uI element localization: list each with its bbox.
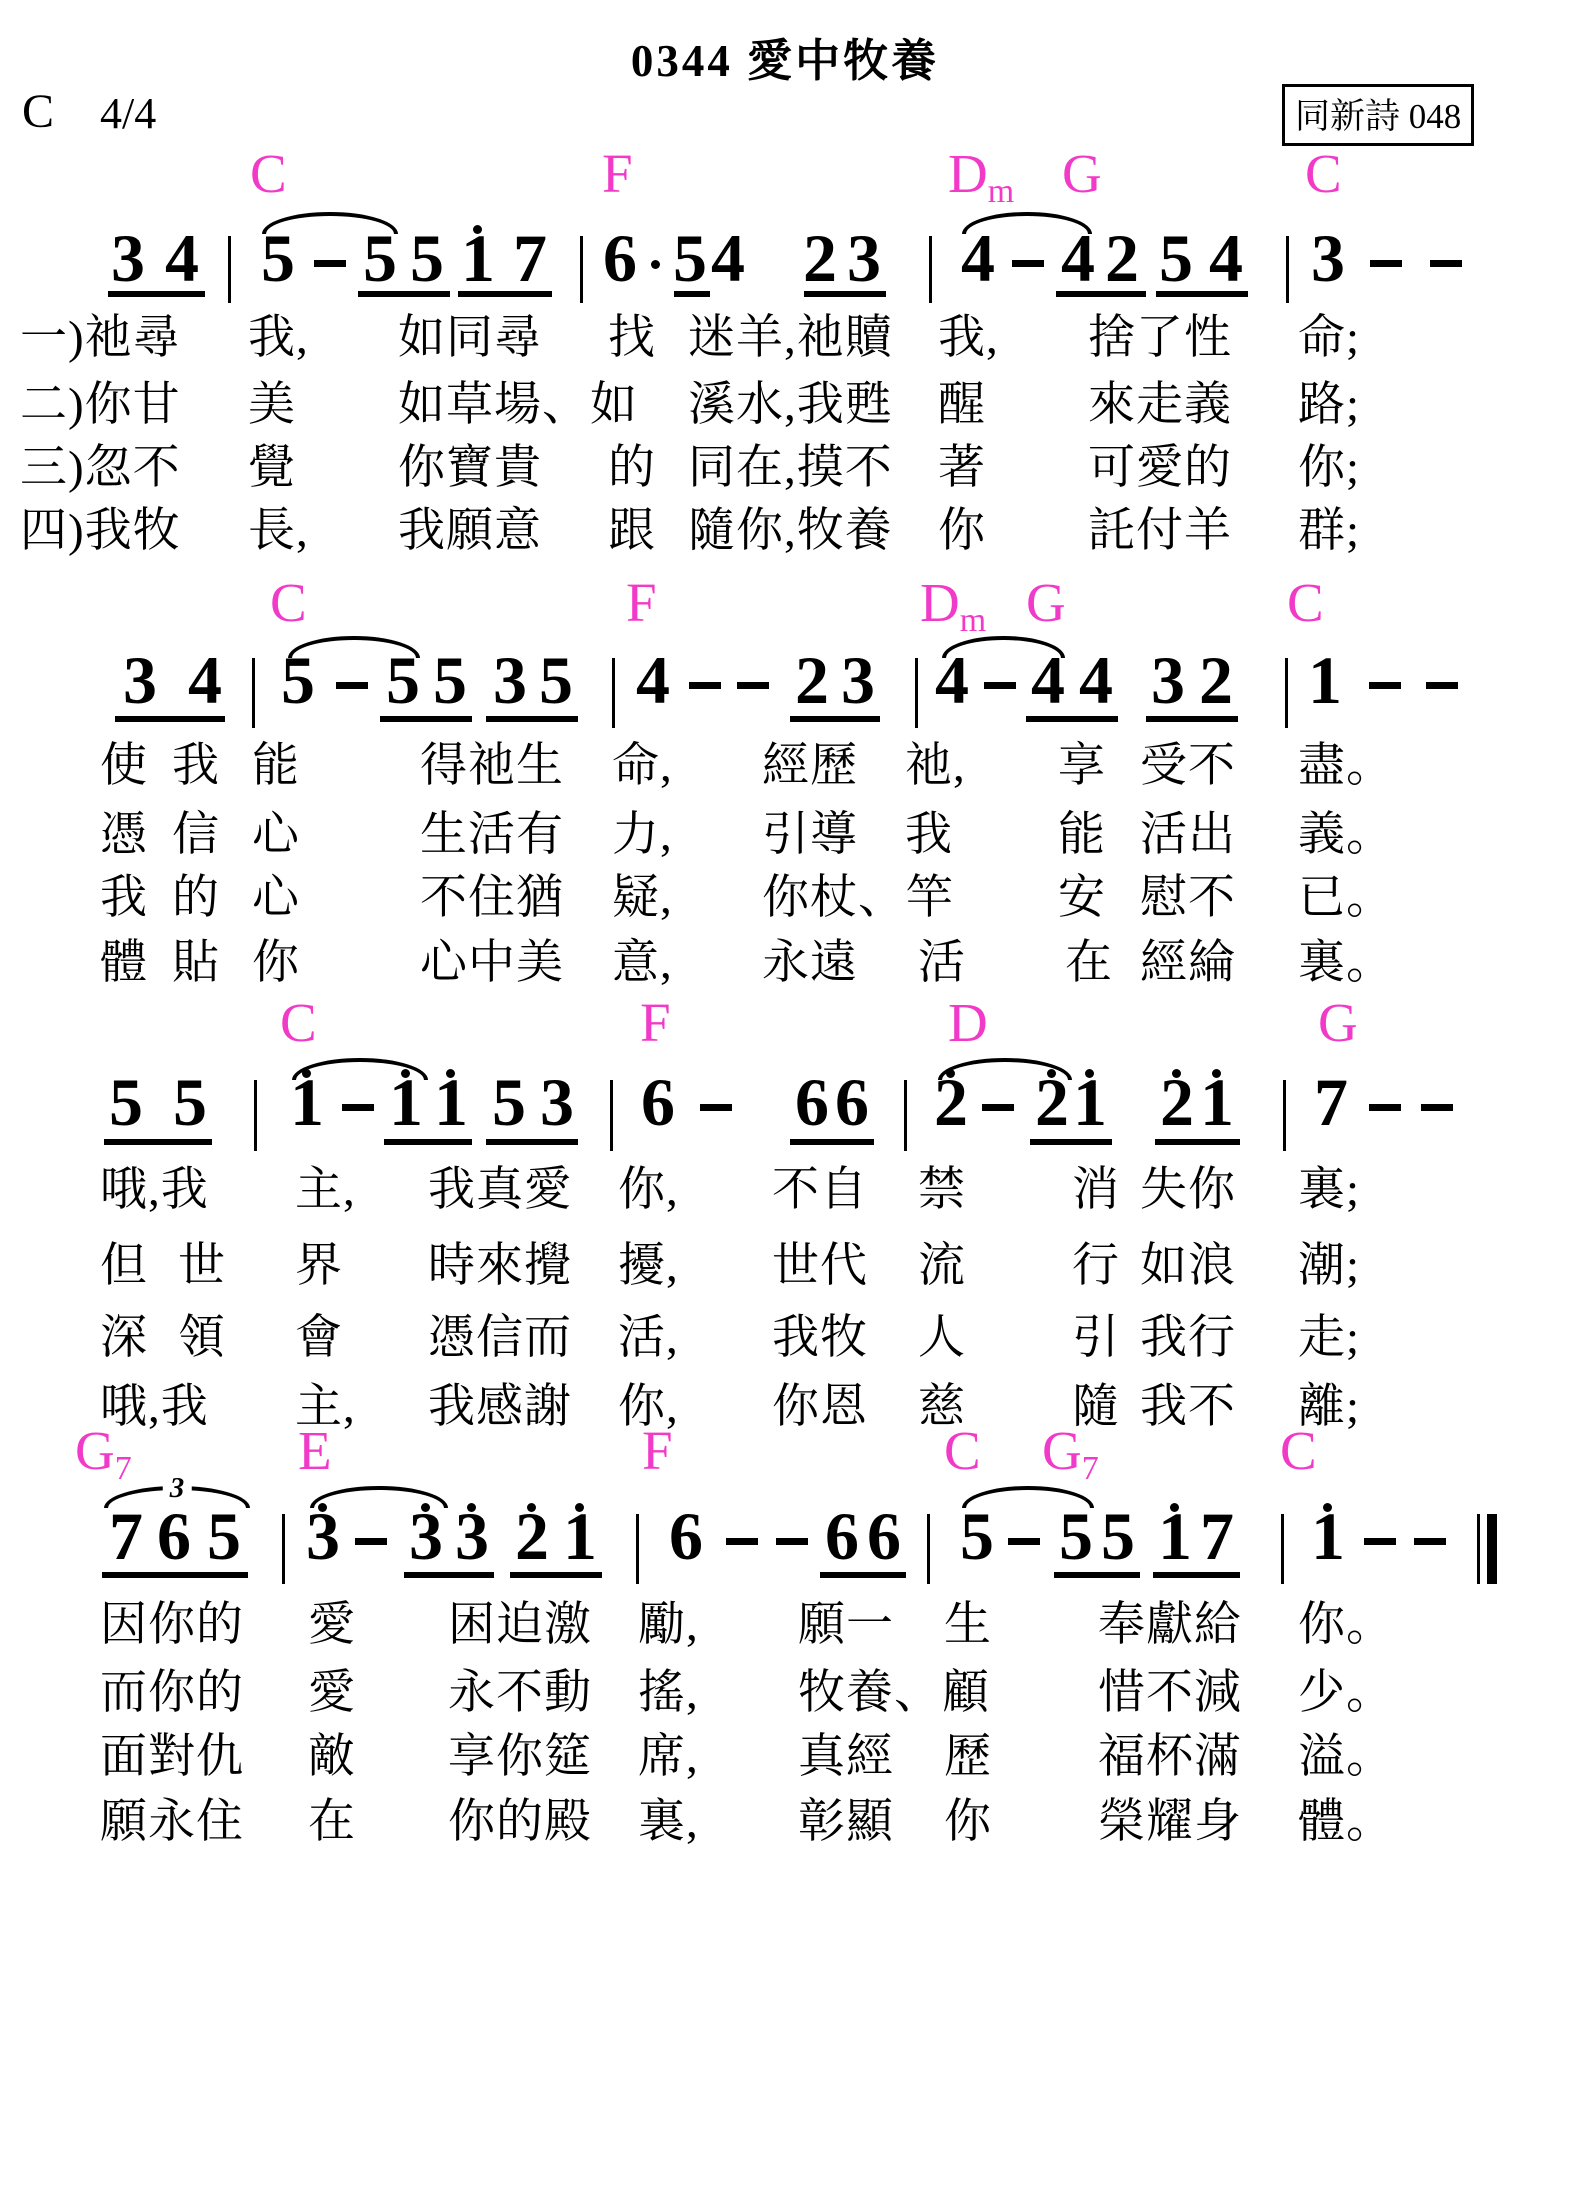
chord-root: C <box>1305 143 1342 204</box>
chord-root: F <box>640 992 671 1053</box>
lyric-segment: 我願意 <box>398 506 542 558</box>
lyric-segment: 惜不減 <box>1098 1668 1242 1720</box>
lyric-segment: 禁 <box>918 1165 966 1217</box>
sheet-page: 0344 愛中牧養 C 4/4 同新詩 048 CFDmGC3455517654… <box>0 0 1570 2200</box>
lyric-segment: 愛 <box>308 1668 356 1720</box>
note-digit: 1 <box>1073 1068 1107 1136</box>
lyric-segment: 活 <box>918 938 966 990</box>
final-barline-thick <box>1487 1514 1497 1584</box>
lyric-segment: 真經 <box>798 1732 894 1784</box>
lyric-segment: 能 <box>1058 810 1106 862</box>
eighth-beam <box>115 716 225 722</box>
lyric-segment: 能 <box>252 741 300 793</box>
octave-dot <box>1212 1069 1221 1078</box>
octave-dot <box>446 1069 455 1078</box>
note-digit: 2 <box>1199 646 1233 714</box>
lyric-segment: 席, <box>638 1732 699 1784</box>
chord-quality: m <box>960 602 986 639</box>
lyric-segment: 溪水,我甦 <box>688 380 893 432</box>
lyric-segment: 牧養、顧 <box>798 1668 990 1720</box>
lyric-segment: 勵, <box>638 1600 699 1652</box>
lyric-segment: 生活有 <box>420 810 564 862</box>
barline <box>929 236 932 303</box>
note-digit: 3 <box>123 646 157 714</box>
lyric-segment: 你 <box>944 1797 992 1849</box>
note-digit: 6 <box>867 1502 901 1570</box>
lyric-segment: 信 <box>172 810 220 862</box>
lyric-segment: 我感謝 <box>428 1382 572 1434</box>
lyric-segment: 失你 <box>1140 1165 1236 1217</box>
chord-label: E <box>298 1423 332 1478</box>
duration-dash <box>776 1538 808 1545</box>
chord-quality: 7 <box>115 1450 132 1487</box>
lyric-segment: 我 <box>100 873 148 925</box>
lyric-segment: 祂, <box>905 741 966 793</box>
barline <box>252 658 255 728</box>
lyric-segment: 世 <box>178 1241 226 1293</box>
barline <box>228 236 231 303</box>
eighth-beam <box>1030 1139 1112 1145</box>
note-digit: 1 <box>434 1068 468 1136</box>
note-digit: 3 <box>847 224 881 292</box>
lyric-segment: 貼 <box>172 938 220 990</box>
lyric-segment: 同在,摸不 <box>688 443 893 495</box>
lyric-segment: 找 <box>608 313 656 365</box>
duration-dash <box>737 682 769 689</box>
chord-label: C <box>1305 146 1342 201</box>
chord-label: C <box>270 575 307 630</box>
lyric-segment: 四)我牧 <box>20 506 181 558</box>
chord-root: F <box>626 572 657 633</box>
chord-label: G <box>1062 146 1102 201</box>
lyric-segment: 盡。 <box>1298 741 1394 793</box>
chord-root: G <box>1026 572 1066 633</box>
chord-root: C <box>270 572 307 633</box>
final-barline-thin <box>1477 1514 1480 1584</box>
note-digit: 3 <box>409 1502 443 1570</box>
lyric-segment: 哦,我 <box>100 1165 209 1217</box>
duration-dash <box>1012 260 1044 267</box>
lyric-segment: 心 <box>252 873 300 925</box>
chord-label: F <box>640 995 671 1050</box>
octave-dot <box>473 225 482 234</box>
lyric-segment: 溢。 <box>1298 1732 1394 1784</box>
eighth-beam <box>384 1139 472 1145</box>
duration-dash <box>1369 682 1401 689</box>
chord-root: G <box>1062 143 1102 204</box>
eighth-beam <box>486 1139 578 1145</box>
lyric-segment: 我, <box>938 313 999 365</box>
lyric-segment: 醒 <box>938 380 986 432</box>
duration-dash <box>342 1104 374 1111</box>
barline <box>612 658 615 728</box>
lyric-segment: 我 <box>172 741 220 793</box>
lyric-segment: 我 <box>905 810 953 862</box>
duration-dash <box>1421 1104 1453 1111</box>
note-digit: 5 <box>363 224 397 292</box>
chord-label: G7 <box>1042 1423 1099 1486</box>
lyric-segment: 不住猶 <box>420 873 564 925</box>
lyric-segment: 你杖、竿 <box>762 873 954 925</box>
eighth-beam <box>790 1139 874 1145</box>
chord-label: C <box>250 146 287 201</box>
lyric-segment: 永不動 <box>448 1668 592 1720</box>
barline <box>1281 1514 1284 1584</box>
lyric-segment: 而你的 <box>100 1668 244 1720</box>
lyric-segment: 的 <box>608 443 656 495</box>
lyric-segment: 跟 <box>608 506 656 558</box>
lyric-segment: 永遠 <box>762 938 858 990</box>
lyric-segment: 歷 <box>944 1732 992 1784</box>
note-digit: 1 <box>290 1068 324 1136</box>
octave-dot <box>1323 1503 1332 1512</box>
chord-label: Dm <box>948 146 1014 209</box>
lyric-segment: 你 <box>938 506 986 558</box>
lyric-segment: 可愛的 <box>1088 443 1232 495</box>
duration-dash <box>1414 1538 1446 1545</box>
note-digit: 6 <box>795 1068 829 1136</box>
lyric-segment: 活出 <box>1140 810 1236 862</box>
eighth-beam <box>1146 716 1238 722</box>
chord-root: D <box>948 143 988 204</box>
lyric-segment: 活, <box>618 1313 679 1365</box>
duration-dash <box>982 1104 1014 1111</box>
octave-dot <box>467 1503 476 1512</box>
note-digit: 4 <box>636 646 670 714</box>
eighth-beam <box>674 291 710 297</box>
eighth-beam <box>820 1572 906 1578</box>
lyric-segment: 主, <box>295 1165 356 1217</box>
note-digit: 5 <box>492 1068 526 1136</box>
lyric-segment: 使 <box>100 741 148 793</box>
lyric-segment: 慰不 <box>1140 873 1236 925</box>
lyric-segment: 享 <box>1058 741 1106 793</box>
chord-label: F <box>602 146 633 201</box>
note-digit: 4 <box>711 224 745 292</box>
note-digit: 4 <box>961 224 995 292</box>
lyric-segment: 裏; <box>1298 1165 1360 1217</box>
chord-label: C <box>1280 1423 1317 1478</box>
chord-root: G <box>1042 1420 1082 1481</box>
note-digit: 2 <box>795 646 829 714</box>
note-digit: 4 <box>188 646 222 714</box>
lyric-segment: 願一 <box>798 1600 894 1652</box>
note-digit: 4 <box>165 224 199 292</box>
lyric-segment: 路; <box>1298 380 1360 432</box>
note-digit: 7 <box>109 1502 143 1570</box>
note-digit: 2 <box>515 1502 549 1570</box>
lyric-segment: 心中美 <box>420 938 564 990</box>
eighth-beam <box>1156 291 1248 297</box>
eighth-beam <box>102 1572 248 1578</box>
note-digit: 1 <box>461 224 495 292</box>
lyric-segment: 受不 <box>1140 741 1236 793</box>
lyric-segment: 你; <box>1298 443 1360 495</box>
eighth-beam <box>804 291 886 297</box>
eighth-beam <box>486 716 578 722</box>
barline <box>1285 658 1288 728</box>
chord-label: F <box>642 1423 673 1478</box>
score: CFDmGC345551765423442543一)祂尋我,如同尋找迷羊,祂贖我… <box>0 0 1570 2200</box>
lyric-segment: 我真愛 <box>428 1165 572 1217</box>
lyric-segment: 會 <box>295 1313 343 1365</box>
duration-dash <box>700 1104 732 1111</box>
note-digit: 2 <box>1035 1068 1069 1136</box>
octave-dot <box>1172 1069 1181 1078</box>
note-digit: 5 <box>433 646 467 714</box>
chord-label: F <box>626 575 657 630</box>
octave-dot <box>401 1069 410 1078</box>
lyric-segment: 命; <box>1298 313 1360 365</box>
chord-root: C <box>280 992 317 1053</box>
note-digit: 2 <box>1105 224 1139 292</box>
octave-dot <box>1085 1069 1094 1078</box>
chord-quality: m <box>988 173 1014 210</box>
note-digit: 5 <box>1159 224 1193 292</box>
lyric-segment: 奉獻給 <box>1098 1600 1242 1652</box>
note-digit: 3 <box>111 224 145 292</box>
lyric-segment: 引導 <box>762 810 858 862</box>
chord-root: D <box>920 572 960 633</box>
lyric-segment: 如同尋 <box>398 313 542 365</box>
lyric-segment: 安 <box>1058 873 1106 925</box>
lyric-segment: 面對仇 <box>100 1732 244 1784</box>
chord-root: C <box>250 143 287 204</box>
duration-dash <box>984 682 1016 689</box>
lyric-segment: 我牧 <box>772 1313 868 1365</box>
note-digit: 1 <box>563 1502 597 1570</box>
note-digit: 5 <box>1059 1502 1093 1570</box>
octave-dot <box>575 1503 584 1512</box>
lyric-segment: 如浪 <box>1140 1241 1236 1293</box>
lyric-segment: 經歷 <box>762 741 858 793</box>
octave-dot <box>527 1503 536 1512</box>
lyric-segment: 世代 <box>772 1241 868 1293</box>
octave-dot <box>302 1069 311 1078</box>
eighth-beam <box>404 1572 494 1578</box>
lyric-segment: 已。 <box>1298 873 1394 925</box>
lyric-segment: 你 <box>252 938 300 990</box>
lyric-segment: 二)你甘 <box>20 380 181 432</box>
lyric-segment: 經綸 <box>1140 938 1236 990</box>
note-digit: 1 <box>1200 1068 1234 1136</box>
lyric-segment: 走; <box>1298 1313 1360 1365</box>
barline <box>1283 1080 1286 1151</box>
lyric-segment: 疑, <box>612 873 673 925</box>
lyric-segment: 你寶貴 <box>398 443 542 495</box>
lyric-segment: 我, <box>248 313 309 365</box>
chord-root: C <box>944 1420 981 1481</box>
duration-dash <box>1008 1538 1040 1545</box>
lyric-segment: 捨了性 <box>1088 313 1232 365</box>
note-digit: 3 <box>493 646 527 714</box>
note-digit: 3 <box>1151 646 1185 714</box>
lyric-segment: 義。 <box>1298 810 1394 862</box>
eighth-beam <box>1155 1139 1240 1145</box>
lyric-segment: 著 <box>938 443 986 495</box>
eighth-beam <box>1153 1572 1240 1578</box>
lyric-segment: 但 <box>100 1241 148 1293</box>
eighth-beam <box>458 291 552 297</box>
note-digit: 7 <box>1314 1068 1348 1136</box>
duration-dash <box>726 1538 758 1545</box>
lyric-segment: 迷羊,祂贖 <box>688 313 893 365</box>
lyric-segment: 覺 <box>248 443 296 495</box>
lyric-segment: 引 <box>1072 1313 1120 1365</box>
barline <box>610 1080 613 1151</box>
lyric-segment: 心 <box>252 810 300 862</box>
lyric-segment: 流 <box>918 1241 966 1293</box>
note-digit: 3 <box>306 1502 340 1570</box>
chord-root: C <box>1287 572 1324 633</box>
barline <box>927 1514 930 1584</box>
lyric-segment: 領 <box>178 1313 226 1365</box>
barline <box>904 1080 907 1151</box>
lyric-segment: 界 <box>295 1241 343 1293</box>
lyric-segment: 擾, <box>618 1241 679 1293</box>
eighth-beam <box>104 1139 212 1145</box>
chord-label: C <box>1287 575 1324 630</box>
chord-label: G <box>1026 575 1066 630</box>
note-digit: 6 <box>825 1502 859 1570</box>
lyric-segment: 命, <box>612 741 673 793</box>
lyric-segment: 你。 <box>1298 1600 1394 1652</box>
octave-dot <box>1047 1069 1056 1078</box>
lyric-segment: 長, <box>248 506 309 558</box>
octave-dot <box>318 1503 327 1512</box>
lyric-segment: 因你的 <box>100 1600 244 1652</box>
lyric-segment: 憑信而 <box>428 1313 572 1365</box>
lyric-segment: 力, <box>612 810 673 862</box>
note-digit: 5 <box>673 224 707 292</box>
lyric-segment: 來走義 <box>1088 380 1232 432</box>
duration-dash <box>336 682 368 689</box>
chord-root: G <box>1318 992 1358 1053</box>
note-digit: 5 <box>1101 1502 1135 1570</box>
note-digit: 5 <box>386 646 420 714</box>
lyric-segment: 我行 <box>1140 1313 1236 1365</box>
lyric-segment: 一)祂尋 <box>20 313 181 365</box>
note-digit: 5 <box>109 1068 143 1136</box>
duration-dash <box>314 260 346 267</box>
lyric-segment: 三)忽不 <box>20 443 181 495</box>
eighth-beam <box>790 716 880 722</box>
lyric-segment: 你, <box>618 1165 679 1217</box>
note-digit: 2 <box>1160 1068 1194 1136</box>
duration-dash <box>1370 260 1402 267</box>
note-digit: 7 <box>1200 1502 1234 1570</box>
note-digit: 6 <box>835 1068 869 1136</box>
duration-dash <box>1364 1538 1396 1545</box>
lyric-segment: 享你筵 <box>448 1732 592 1784</box>
lyric-segment: 愛 <box>308 1600 356 1652</box>
lyric-segment: 消 <box>1072 1165 1120 1217</box>
chord-root: G <box>75 1420 115 1481</box>
eighth-beam <box>1056 291 1146 297</box>
duration-dash <box>1369 1104 1401 1111</box>
duration-dash <box>355 1538 387 1545</box>
barline <box>636 1514 639 1584</box>
note-digit: 4 <box>1079 646 1113 714</box>
note-digit: 1 <box>1311 1502 1345 1570</box>
chord-label: D <box>948 995 988 1050</box>
chord-root: E <box>298 1420 332 1481</box>
note-digit: 5 <box>261 224 295 292</box>
lyric-segment: 群; <box>1298 506 1360 558</box>
eighth-beam <box>108 291 205 297</box>
lyric-segment: 不自 <box>772 1165 868 1217</box>
lyric-segment: 美 <box>248 380 296 432</box>
lyric-segment: 少。 <box>1298 1668 1394 1720</box>
note-digit: 1 <box>1308 646 1342 714</box>
lyric-segment: 裏, <box>638 1797 699 1849</box>
note-digit: 3 <box>1311 224 1345 292</box>
chord-label: G <box>1318 995 1358 1050</box>
eighth-beam <box>1054 1572 1140 1578</box>
lyric-segment: 你恩 <box>772 1382 868 1434</box>
lyric-segment: 人 <box>918 1313 966 1365</box>
note-digit: 3 <box>540 1068 574 1136</box>
note-digit: 7 <box>513 224 547 292</box>
note-digit: 3 <box>841 646 875 714</box>
lyric-segment: 憑 <box>100 810 148 862</box>
lyric-segment: 得祂生 <box>420 741 564 793</box>
note-digit: 1 <box>389 1068 423 1136</box>
barline <box>580 236 583 303</box>
lyric-segment: 體。 <box>1298 1797 1394 1849</box>
barline <box>282 1514 285 1584</box>
lyric-segment: 行 <box>1072 1241 1120 1293</box>
chord-root: C <box>1280 1420 1317 1481</box>
note-digit: 6 <box>157 1502 191 1570</box>
lyric-segment: 榮耀身 <box>1098 1797 1242 1849</box>
chord-root: D <box>948 992 988 1053</box>
chord-label: C <box>944 1423 981 1478</box>
barline <box>915 658 918 728</box>
lyric-segment: 你的殿 <box>448 1797 592 1849</box>
note-digit: 6 <box>603 224 637 292</box>
lyric-segment: 意, <box>612 938 673 990</box>
lyric-segment: 託付羊 <box>1088 506 1232 558</box>
lyric-segment: 潮; <box>1298 1241 1360 1293</box>
lyric-segment: 隨你,牧養 <box>688 506 893 558</box>
augmentation-dot <box>651 260 660 269</box>
note-digit: 4 <box>1061 224 1095 292</box>
note-digit: 1 <box>1158 1502 1192 1570</box>
barline <box>1286 236 1289 303</box>
note-digit: 4 <box>1031 646 1065 714</box>
lyric-segment: 的 <box>172 873 220 925</box>
lyric-segment: 在 <box>308 1797 356 1849</box>
note-digit: 5 <box>173 1068 207 1136</box>
chord-label: Dm <box>920 575 986 638</box>
duration-dash <box>1430 260 1462 267</box>
note-digit: 4 <box>935 646 969 714</box>
barline <box>254 1080 257 1151</box>
note-digit: 5 <box>281 646 315 714</box>
octave-dot <box>946 1069 955 1078</box>
lyric-segment: 時來攪 <box>428 1241 572 1293</box>
lyric-segment: 裏。 <box>1298 938 1394 990</box>
lyric-segment: 深 <box>100 1313 148 1365</box>
lyric-segment: 彰顯 <box>798 1797 894 1849</box>
lyric-segment: 如草場、如 <box>398 380 638 432</box>
chord-quality: 7 <box>1082 1450 1099 1487</box>
note-digit: 5 <box>207 1502 241 1570</box>
chord-label: G7 <box>75 1423 132 1486</box>
chord-root: F <box>642 1420 673 1481</box>
lyric-segment: 生 <box>944 1600 992 1652</box>
